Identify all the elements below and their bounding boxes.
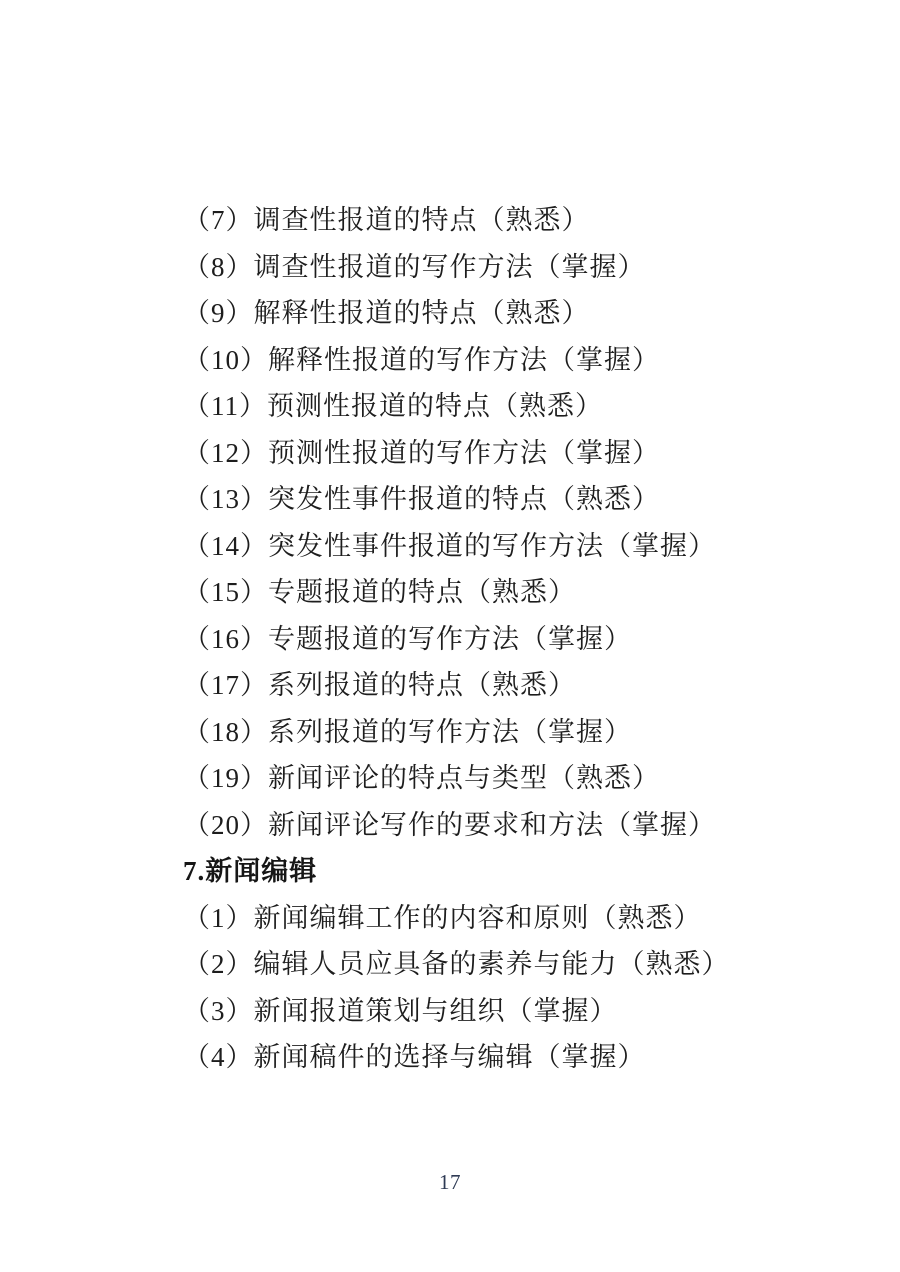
list-item: （7）调查性报道的特点（熟悉）	[183, 197, 730, 244]
list-item: （9）解释性报道的特点（熟悉）	[183, 290, 730, 337]
list-item: （16）专题报道的写作方法（掌握）	[183, 616, 730, 663]
list-item: （12）预测性报道的写作方法（掌握）	[183, 430, 730, 477]
list-item: （20）新闻评论写作的要求和方法（掌握）	[183, 802, 730, 849]
list-item: （10）解释性报道的写作方法（掌握）	[183, 337, 730, 384]
list-item: （15）专题报道的特点（熟悉）	[183, 569, 730, 616]
page-number: 17	[0, 1170, 900, 1195]
list-item: （8）调查性报道的写作方法（掌握）	[183, 244, 730, 291]
list-item: （13）突发性事件报道的特点（熟悉）	[183, 476, 730, 523]
content-block: （7）调查性报道的特点（熟悉）（8）调查性报道的写作方法（掌握）（9）解释性报道…	[183, 197, 730, 1081]
list-item: （11）预测性报道的特点（熟悉）	[183, 383, 730, 430]
list-item: （2）编辑人员应具备的素养与能力（熟悉）	[183, 941, 730, 988]
section-heading: 7.新闻编辑	[183, 848, 730, 895]
list-item: （18）系列报道的写作方法（掌握）	[183, 709, 730, 756]
list-item: （1）新闻编辑工作的内容和原则（熟悉）	[183, 895, 730, 942]
list-item: （3）新闻报道策划与组织（掌握）	[183, 988, 730, 1035]
list-item: （17）系列报道的特点（熟悉）	[183, 662, 730, 709]
list-item: （14）突发性事件报道的写作方法（掌握）	[183, 523, 730, 570]
list-item: （4）新闻稿件的选择与编辑（掌握）	[183, 1034, 730, 1081]
document-page: （7）调查性报道的特点（熟悉）（8）调查性报道的写作方法（掌握）（9）解释性报道…	[0, 0, 900, 1272]
list-item: （19）新闻评论的特点与类型（熟悉）	[183, 755, 730, 802]
